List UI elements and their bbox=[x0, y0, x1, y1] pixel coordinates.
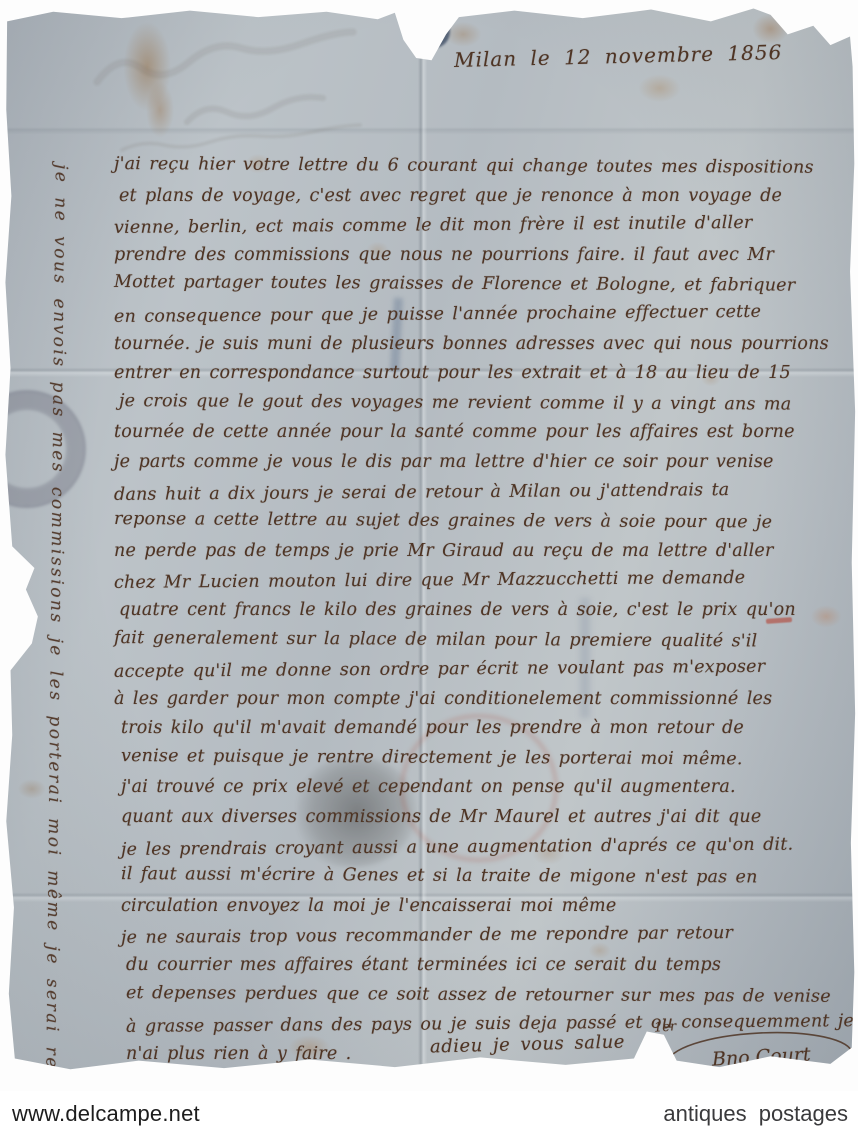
postmark-circle-left bbox=[0, 390, 86, 508]
letter-line: tournée. je suis muni de plusieurs bonne… bbox=[114, 330, 858, 360]
letter-line: je ne saurais trop vous recommander de m… bbox=[121, 919, 858, 954]
letter-line: tournée de cette année pour la santé com… bbox=[114, 418, 858, 448]
watermark-antiques-postages: antiques postages bbox=[663, 1101, 848, 1127]
letter-line: à les garder pour mon compte j'ai condit… bbox=[114, 685, 858, 715]
ghost-writing bbox=[2, 2, 522, 172]
dateline: Milan le 12 novembre 1856 bbox=[454, 40, 783, 72]
watermark-delcampe: www.delcampe.net bbox=[12, 1101, 200, 1127]
letter-line: je parts comme je vous le dis par ma let… bbox=[114, 448, 858, 478]
letter-line: en consequence pour que je puisse l'anné… bbox=[114, 297, 858, 332]
letter-line: quatre cent francs le kilo des graines d… bbox=[119, 596, 858, 626]
letter-line: accepte qu'il me donne son ordre par écr… bbox=[114, 652, 858, 687]
scanned-letter-page: Milan le 12 novembre 1856 je ne vous env… bbox=[0, 0, 858, 1131]
letter-line: du courrier mes affaires étant terminées… bbox=[126, 951, 858, 981]
watermark-strip: www.delcampe.net antiques postages bbox=[0, 1091, 858, 1131]
letter-line: trois kilo qu'il m'avait demandé pour le… bbox=[121, 714, 858, 744]
letter-line: prendre des commissions que nous ne pour… bbox=[114, 241, 858, 271]
letter-line: j'ai trouvé ce prix elevé et cependant o… bbox=[121, 773, 858, 803]
letter-body: j'ai reçu hier votre lettre du 6 courant… bbox=[114, 152, 858, 1069]
signature-name: Bno Court bbox=[711, 1043, 811, 1070]
margin-note: je ne vous envois pas mes commissions je… bbox=[41, 164, 71, 1084]
letter-line: je crois que le gout des voyages me revi… bbox=[119, 387, 858, 420]
letter-line: et plans de voyage, c'est avec regret qu… bbox=[119, 182, 858, 212]
seal-remnant bbox=[420, 16, 450, 48]
letter-line: quant aux diverses commissions de Mr Mau… bbox=[121, 803, 858, 833]
letter-paper: Milan le 12 novembre 1856 je ne vous env… bbox=[2, 2, 856, 1080]
letter-line: il faut aussi m'écrire à Genes et si la … bbox=[121, 860, 858, 893]
letter-line: reponse a cette lettre au sujet des grai… bbox=[114, 505, 858, 538]
letter-line: vienne, berlin, ect mais comme le dit mo… bbox=[114, 208, 858, 243]
letter-line: Mottet partager toutes les graisses de F… bbox=[114, 268, 858, 301]
letter-line: venise et puisque je rentre directement … bbox=[121, 742, 858, 775]
letter-line: ne perde pas de temps je prie Mr Giraud … bbox=[114, 537, 858, 567]
letter-line: circulation envoyez la moi je l'encaisse… bbox=[121, 892, 858, 922]
letter-line: j'ai reçu hier votre lettre du 6 courant… bbox=[114, 150, 858, 183]
letter-line: entrer en correspondance surtout pour le… bbox=[114, 359, 858, 389]
letter-line: chez Mr Lucien mouton lui dire que Mr Ma… bbox=[114, 563, 858, 598]
